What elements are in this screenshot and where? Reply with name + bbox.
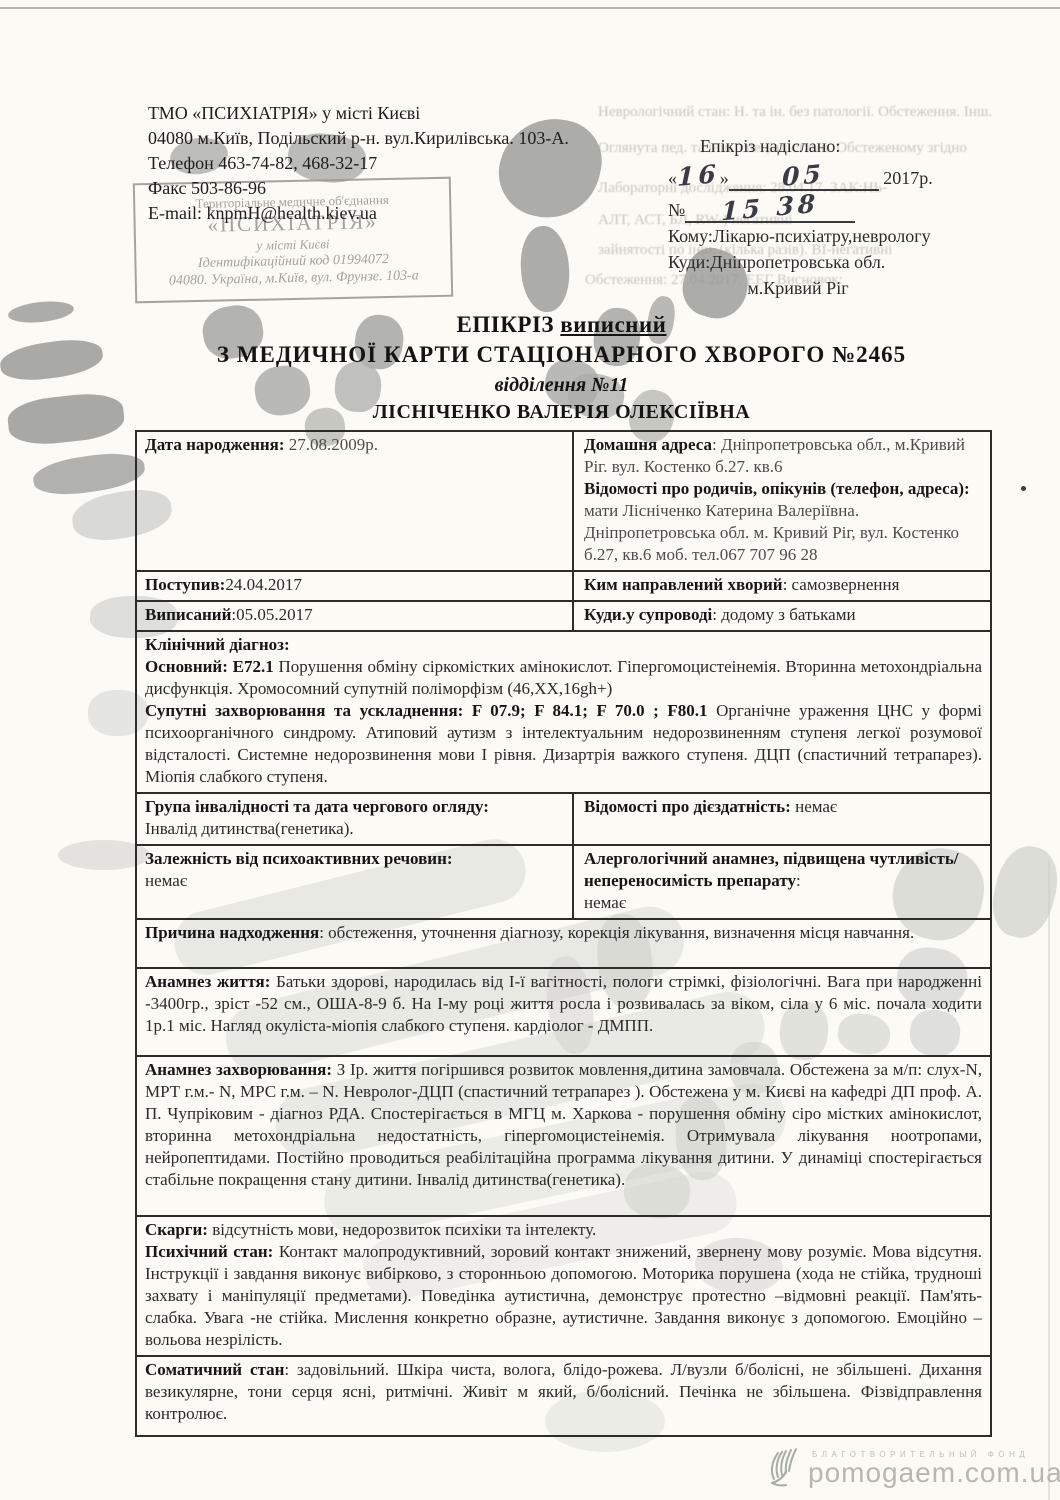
field-value: З Ір. життя погіршився розвиток мовлення… <box>145 1060 982 1189</box>
field-label: Виписаний <box>145 605 231 624</box>
field-label: Група інвалідності та дата чергового огл… <box>145 797 489 816</box>
field-label: Куди.у супроводі <box>584 605 712 624</box>
field-label: Причина надходження <box>145 923 319 942</box>
field-label: Соматичний стан <box>145 1360 284 1379</box>
field-label: Дата народження: <box>145 435 285 454</box>
field-value: 27.08.2009р. <box>285 435 379 454</box>
table-row-diagnosis: Клінічний діагноз: Основний: E72.1 Поруш… <box>137 632 990 794</box>
table-row-admission-reason: Причина надходження: обстеження, уточнен… <box>137 920 990 969</box>
field-value: : додому з батьками <box>712 605 855 624</box>
handwritten-month: 05 <box>782 161 825 191</box>
handwritten-day: 16 <box>677 161 720 191</box>
epicrisis-table: Дата народження: 27.08.2009р. Домашня ад… <box>135 430 992 1437</box>
cell-birth-date: Дата народження: 27.08.2009р. <box>137 432 574 570</box>
field-value: : обстеження, уточнення діагнозу, корекц… <box>319 923 914 942</box>
org-phone: Телефон 463-74-82, 468-32-17 <box>148 151 569 176</box>
table-row-somatic: Соматичний стан: задовільний. Шкіра чист… <box>137 1357 990 1435</box>
org-email: E-mail: knpmH@health.kiev.ua <box>148 201 569 226</box>
cell-discharged-date: Виписаний:05.05.2017 <box>137 602 574 630</box>
cell-discharged-to: Куди.у супроводі: додому з батьками <box>574 602 990 630</box>
document-title-block: ЕПІКРІЗ виписний З МЕДИЧНОЇ КАРТИ СТАЦІО… <box>104 312 1019 424</box>
doc-title-line1: ЕПІКРІЗ виписний <box>104 312 1019 338</box>
quote-open: « <box>668 168 677 188</box>
field-label: Домашня адреса <box>584 435 712 454</box>
table-row-birth-address: Дата народження: 27.08.2009р. Домашня ад… <box>137 432 990 572</box>
org-name: ТМО «ПСИХІАТРІЯ» у місті Києві <box>148 101 569 126</box>
table-row-dependence-allergy: Залежність від психоактивних речовин:нем… <box>137 846 990 920</box>
diagnosis-heading: Клінічний діагноз: <box>145 634 982 656</box>
cell-somatic-state: Соматичний стан: задовільний. Шкіра чист… <box>137 1357 990 1435</box>
cell-home-address: Домашня адреса: Дніпропетровська обл., м… <box>574 432 990 570</box>
dispatch-to: Кому:Лікарю-психіатру,неврологу <box>668 223 1018 249</box>
table-row-discharged: Виписаний:05.05.2017 Куди.у супроводі: д… <box>137 602 990 632</box>
cell-life-history: Анамнез життя: Батьки здорові, народилас… <box>137 969 990 1055</box>
field-value: Батьки здорові, народилась від І-ї вагіт… <box>145 972 982 1035</box>
mental-state-label: Психічний стан: <box>145 1242 273 1261</box>
cell-complaints-mental-state: Скарги: відсутність мови, недорозвиток п… <box>137 1217 990 1355</box>
field-label: Ким направлений хворий <box>584 575 783 594</box>
table-row-admitted: Поступив:24.04.2017 Ким направлений хвор… <box>137 572 990 602</box>
complaints-text: відсутність мови, недорозвиток психіки т… <box>208 1220 596 1239</box>
handwritten-number: 15 38 <box>721 191 819 226</box>
dispatch-number-line: №15 38 <box>668 195 1018 223</box>
field-colon: : <box>796 871 801 890</box>
field-label: Алергологічний анамнез, підвищена чутлив… <box>584 849 959 890</box>
field-label: Відомості про дієздатність: <box>584 797 791 816</box>
doc-title-word: ЕПІКРІЗ <box>457 312 555 337</box>
cell-disease-history: Анамнез захворювання: З Ір. життя погірш… <box>137 1057 990 1215</box>
doc-title-word-underlined: виписний <box>560 312 666 337</box>
cell-disability-group: Група інвалідності та дата чергового огл… <box>137 794 574 844</box>
field-label: Анамнез життя: <box>145 972 270 991</box>
field-label: Залежність від психоактивних речовин: <box>145 849 453 868</box>
dispatch-where: Куди:Дніпропетровська обл. <box>668 249 1018 275</box>
field-value: Інвалід дитинства(генетика). <box>145 818 564 840</box>
patient-name: ЛІСНІЧЕНКО ВАЛЕРІЯ ОЛЕКСІЇВНА <box>104 401 1019 424</box>
cell-substance-dependence: Залежність від психоактивних речовин:нем… <box>137 846 574 918</box>
leaf-icon <box>764 1443 808 1496</box>
cell-admission-reason: Причина надходження: обстеження, уточнен… <box>137 920 990 967</box>
field-value: немає <box>791 797 837 816</box>
department-line: відділення №11 <box>104 374 1019 397</box>
dispatch-title: Епікріз надіслано: <box>668 133 1018 159</box>
dispatch-where-city: м.Кривий Ріг <box>668 275 928 301</box>
field-value: немає <box>584 892 982 914</box>
field-label: Відомості про родичів, опікунів (телефон… <box>584 479 970 498</box>
table-row-disease-history: Анамнез захворювання: З Ір. життя погірш… <box>137 1057 990 1217</box>
complaints-label: Скарги: <box>145 1220 208 1239</box>
field-value: : самозвернення <box>783 575 900 594</box>
org-address: 04080 м.Київ, Подільский р-н. вул.Кирилі… <box>148 126 569 151</box>
fund-site: pomogaem.com.ua <box>808 1457 1060 1489</box>
field-value: 24.04.2017 <box>225 575 302 594</box>
cell-referred-by: Ким направлений хворий: самозвернення <box>574 572 990 600</box>
diagnosis-main-code: Основний: E72.1 <box>145 657 274 676</box>
org-fax: Факс 503-86-96 <box>148 176 569 201</box>
table-row-life-history: Анамнез життя: Батьки здорові, народилас… <box>137 969 990 1057</box>
bleedthrough-text: Неврологічний стан: Н. та ін. без патоло… <box>598 104 992 121</box>
field-value: :05.05.2017 <box>231 605 312 624</box>
field-value: немає <box>145 870 564 892</box>
doc-title-line2: З МЕДИЧНОЇ КАРТИ СТАЦІОНАРНОГО ХВОРОГО №… <box>104 342 1019 368</box>
cell-legal-capacity: Відомості про дієздатність: немає <box>574 794 990 844</box>
quote-close: » <box>720 168 729 188</box>
dispatch-year: 2017р. <box>883 168 933 188</box>
number-label: № <box>668 200 685 220</box>
cell-allergy-history: Алергологічний анамнез, підвищена чутлив… <box>574 846 990 918</box>
field-label: Анамнез захворювання: <box>145 1060 332 1079</box>
cell-admitted-date: Поступив:24.04.2017 <box>137 572 574 600</box>
diagnosis-comorbid-codes: Супутні захворювання та ускладнення: F 0… <box>145 701 708 720</box>
field-value: мати Лісніченко Катерина Валеріївна. Дні… <box>584 501 959 564</box>
table-row-disability: Група інвалідності та дата чергового огл… <box>137 794 990 846</box>
dispatch-date-line: «16»05 2017р. <box>668 163 1018 191</box>
table-row-complaints-mental: Скарги: відсутність мови, недорозвиток п… <box>137 1217 990 1357</box>
org-address-block: ТМО «ПСИХІАТРІЯ» у місті Києві 04080 м.К… <box>148 101 569 226</box>
cell-clinical-diagnosis: Клінічний діагноз: Основний: E72.1 Поруш… <box>137 632 990 792</box>
field-label: Поступив: <box>145 575 225 594</box>
dispatch-block: Епікріз надіслано: «16»05 2017р. №15 38 … <box>668 133 1018 301</box>
